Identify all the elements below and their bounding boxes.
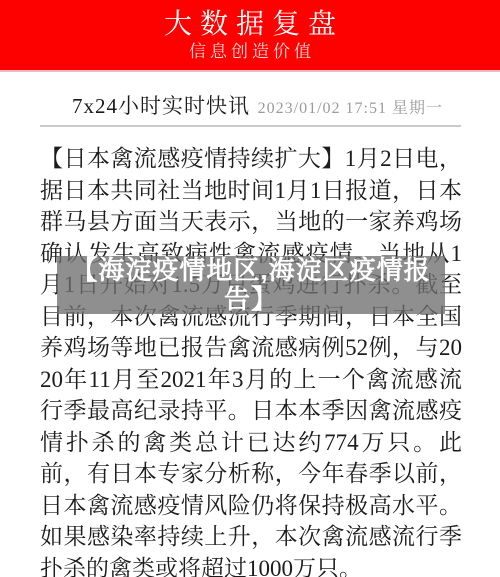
- news-article-page: 大数据复盘 信息创造价值 7x24小时实时快讯 2023/01/02 17:51…: [0, 0, 500, 577]
- site-banner: 大数据复盘 信息创造价值: [0, 0, 500, 72]
- publish-datetime: 2023/01/02 17:51 星期一: [258, 95, 443, 118]
- article-body-text: 【日本禽流感疫情持续扩大】1月2日电，据日本共同社当地时间1月1日报道，日本群马…: [40, 143, 462, 577]
- header-divider: [40, 125, 461, 127]
- site-slogan: 信息创造价值: [0, 41, 500, 63]
- watermark-text: 【海淀疫情地区,海淀区疫情报告】: [57, 256, 445, 314]
- article-meta-row: 7x24小时实时快讯 2023/01/02 17:51 星期一: [72, 90, 443, 120]
- site-title: 大数据复盘: [0, 0, 500, 41]
- news-channel-label: 7x24小时实时快讯: [72, 90, 250, 120]
- watermark-overlay: 【海淀疫情地区,海淀区疫情报告】: [57, 256, 445, 314]
